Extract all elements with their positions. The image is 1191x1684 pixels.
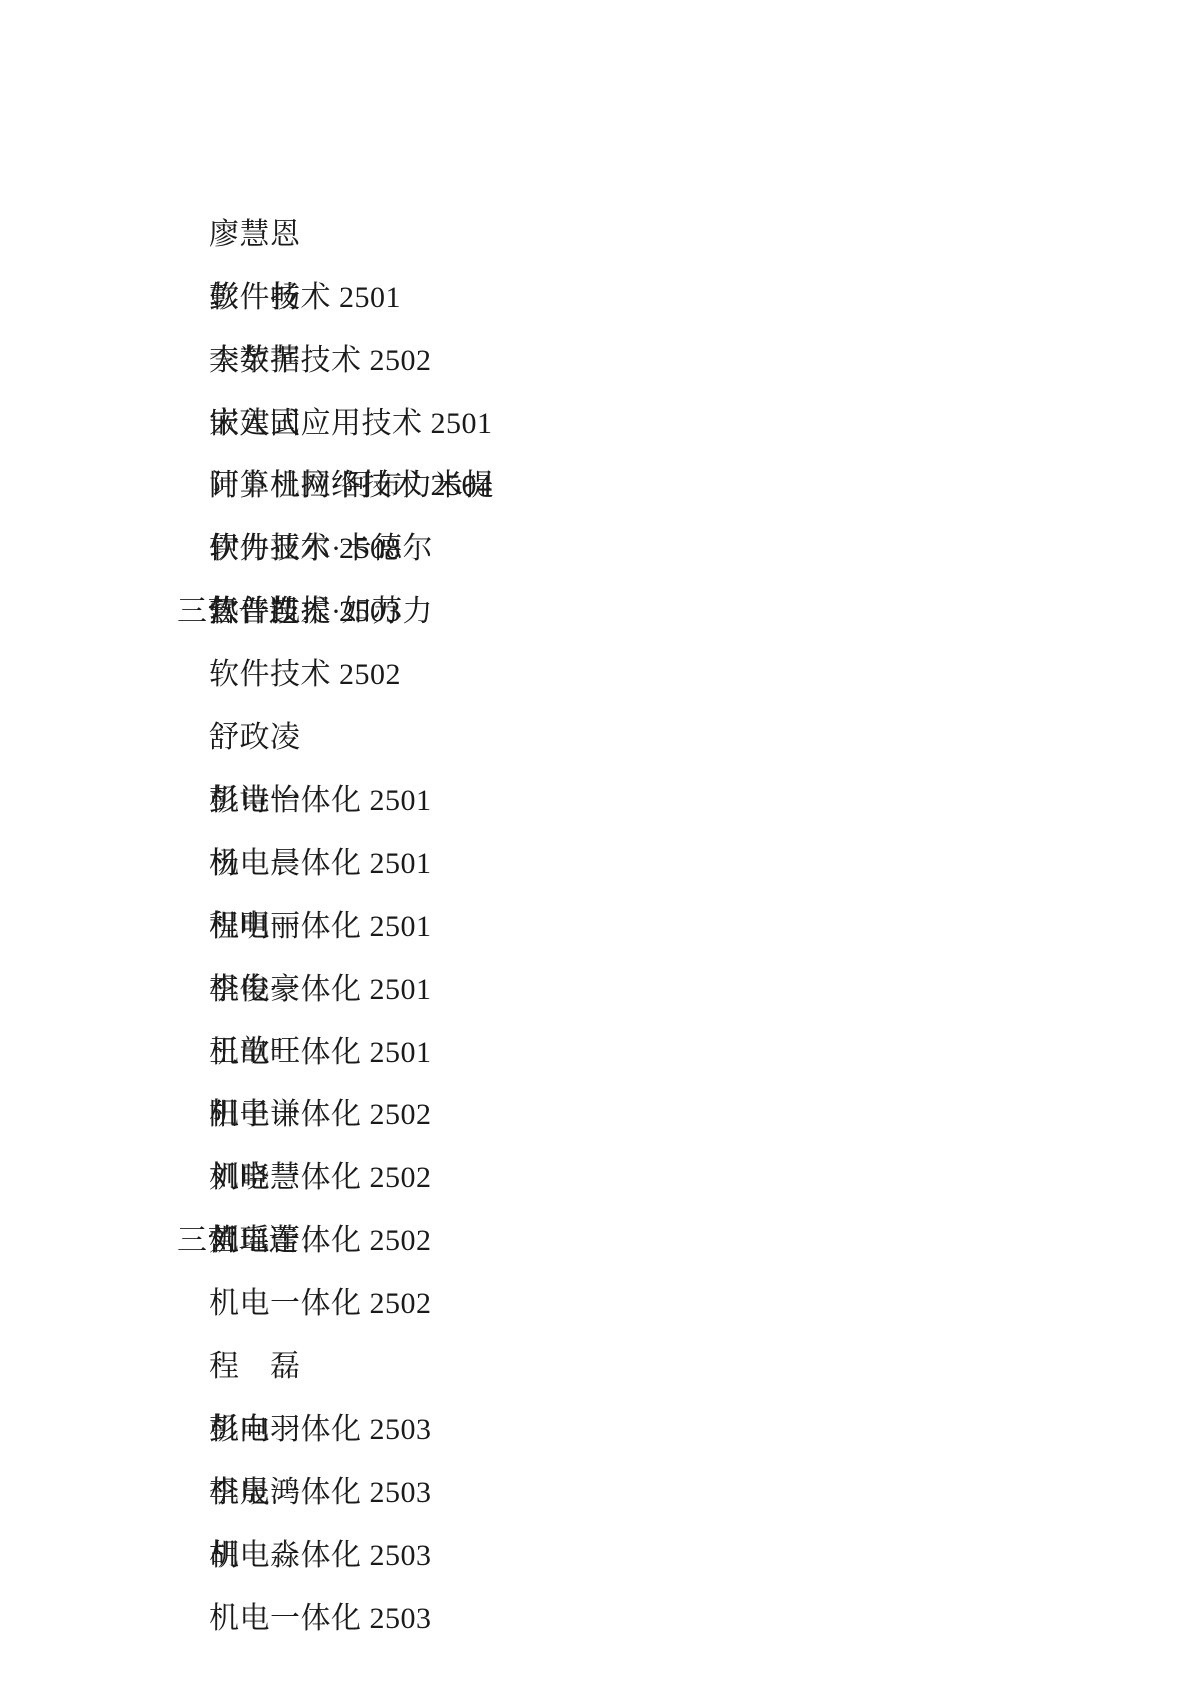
student-name: 李芊芊 [209,330,342,393]
student-name: 彭向羽 [209,1399,342,1462]
student-name: 阳子谦 [209,1084,342,1147]
section-header: 三营二连： [177,1210,1137,1273]
section-header: 三营一连： [177,581,1137,644]
class-name: 机电一体化 2502 [209,1273,432,1336]
student-name: 宋建国 [209,393,342,456]
class-name: 软件技术 2502 [209,644,401,707]
student-name: 伊力亚尔·卡德尔 [209,518,570,581]
student-name: 李晟鸿 [209,1462,342,1525]
student-name: 舒政凌 [209,707,342,770]
class-name: 机电一体化 2503 [209,1588,432,1651]
student-roster: 廖慧恩 软件技术 2501 彭 畅 大数据技术 2502 李芊芊 嵌入式应用技术… [177,141,1137,1525]
document-page: 廖慧恩 软件技术 2501 彭 畅 大数据技术 2502 李芊芊 嵌入式应用技术… [0,0,1191,1684]
student-name: 李俊豪 [209,959,342,1022]
roster-row: 廖慧恩 软件技术 2501 [177,141,1137,204]
student-name: 阿卜杜拉·阿布力米提 [209,455,570,518]
student-name: 廖慧恩 [209,204,342,267]
student-name: 彭 畅 [209,267,342,330]
student-name: 胡 淼 [209,1525,342,1588]
student-name: 彭诗怡 [209,770,342,833]
student-name: 王歆旺 [209,1021,342,1084]
student-name: 刘晓慧 [209,1147,342,1210]
student-name: 程 磊 [209,1336,342,1399]
student-name: 杨 晨 [209,833,342,896]
student-name: 程明丽 [209,896,342,959]
